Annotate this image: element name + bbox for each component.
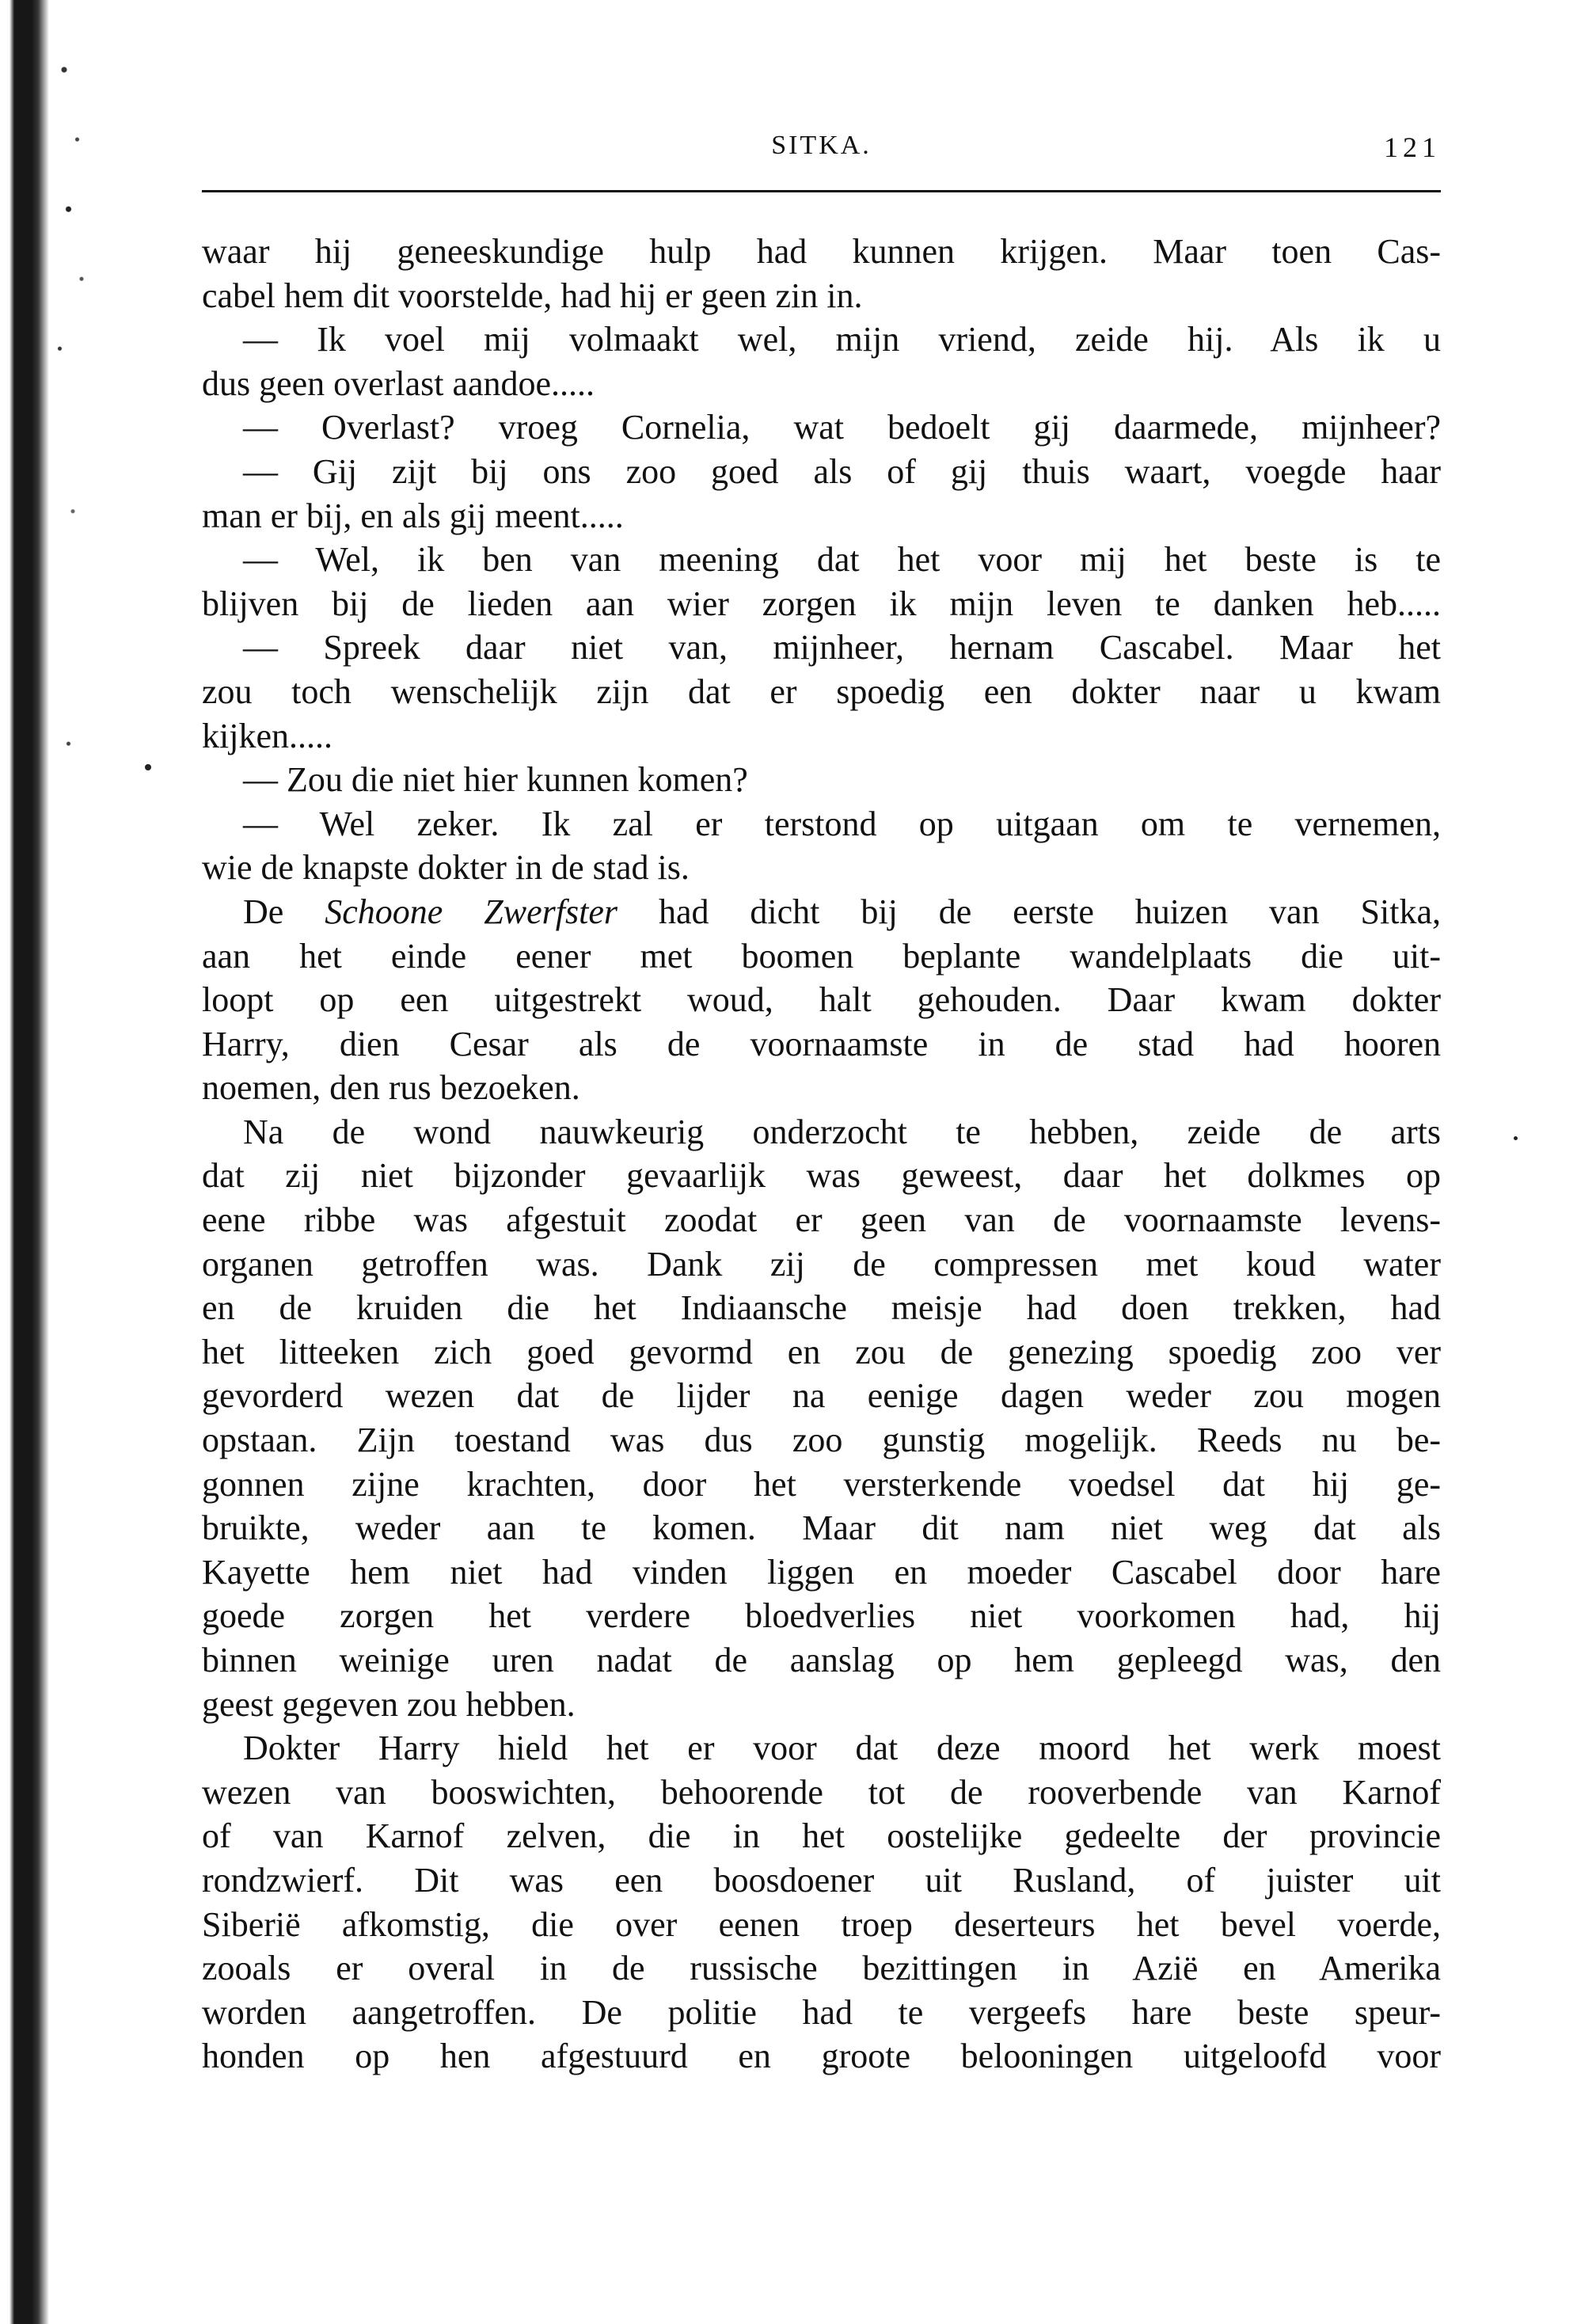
text-line: wezen van booswichten, behoorende tot de… [202, 1771, 1441, 1815]
text-line: cabel hem dit voorstelde, had hij er gee… [202, 274, 1441, 318]
text-line: het litteeken zich goed gevormd en zou d… [202, 1330, 1441, 1375]
text-line: goede zorgen het verdere bloedverlies ni… [202, 1594, 1441, 1638]
text-line: noemen, den rus bezoeken. [202, 1066, 1441, 1110]
text-line: gevorderd wezen dat de lijder na eenige … [202, 1374, 1441, 1418]
text-line: en de kruiden die het Indiaansche meisje… [202, 1286, 1441, 1330]
text-line: Siberië afkomstig, die over eenen troep … [202, 1903, 1441, 1947]
body-text: waar hij geneeskundige hulp had kunnen k… [202, 230, 1441, 2079]
header-rule [202, 190, 1441, 192]
text-line: — Spreek daar niet van, mijnheer, hernam… [202, 626, 1441, 670]
text-line: — Ik voel mij volmaakt wel, mijn vriend,… [202, 318, 1441, 362]
text-line: Na de wond nauwkeurig onderzocht te hebb… [202, 1110, 1441, 1154]
margin-mark [1514, 1136, 1518, 1140]
text-line: dus geen overlast aandoe..... [202, 362, 1441, 406]
running-title: SITKA. [202, 131, 1441, 161]
text-line: kijken..... [202, 714, 1441, 759]
margin-mark [145, 764, 151, 770]
text-line: Dokter Harry hield het er voor dat deze … [202, 1726, 1441, 1771]
text-line: wie de knapste dokter in de stad is. [202, 846, 1441, 890]
text-line: opstaan. Zijn toestand was dus zoo gunst… [202, 1418, 1441, 1462]
text-line: zou toch wenschelijk zijn dat er spoedig… [202, 670, 1441, 714]
text-line: blijven bij de lieden aan wier zorgen ik… [202, 582, 1441, 626]
text-line: rondzwierf. Dit was een boosdoener uit R… [202, 1858, 1441, 1903]
text-line: honden op hen afgestuurd en groote beloo… [202, 2034, 1441, 2079]
page-header: SITKA. 121 [202, 131, 1441, 170]
text-line: organen getroffen was. Dank zij de compr… [202, 1242, 1441, 1287]
text-line: — Wel zeker. Ik zal er terstond op uitga… [202, 802, 1441, 846]
text-line: geest gegeven zou hebben. [202, 1683, 1441, 1727]
ship-name-italic: Schoone Zwerfster [325, 892, 617, 931]
text-line: — Wel, ik ben van meening dat het voor m… [202, 538, 1441, 582]
text-line: — Overlast? vroeg Cornelia, wat bedoelt … [202, 405, 1441, 450]
text-line: — Zou die niet hier kunnen komen? [202, 758, 1441, 802]
text-line: — Gij zijt bij ons zoo goed als of gij t… [202, 450, 1441, 494]
text-line: dat zij niet bijzonder gevaarlijk was ge… [202, 1154, 1441, 1198]
book-binding-edge [0, 0, 55, 2324]
text-line: gonnen zijne krachten, door het versterk… [202, 1462, 1441, 1507]
text-line: zooals er overal in de russische bezitti… [202, 1946, 1441, 1991]
text-segment: De [243, 892, 325, 931]
text-line: binnen weinige uren nadat de aanslag op … [202, 1638, 1441, 1683]
text-line: bruikte, weder aan te komen. Maar dit na… [202, 1506, 1441, 1550]
text-line: worden aangetroffen. De politie had te v… [202, 1991, 1441, 2035]
text-segment: had dicht bij de eerste huizen van Sitka… [617, 892, 1441, 931]
text-line: of van Karnof zelven, die in het oosteli… [202, 1814, 1441, 1858]
text-line: aan het einde eener met boomen beplante … [202, 934, 1441, 979]
text-line: loopt op een uitgestrekt woud, halt geho… [202, 978, 1441, 1022]
text-line: man er bij, en als gij meent..... [202, 494, 1441, 538]
binding-speckle [55, 0, 99, 2324]
text-line: Kayette hem niet had vinden liggen en mo… [202, 1550, 1441, 1595]
text-line: waar hij geneeskundige hulp had kunnen k… [202, 230, 1441, 274]
text-line: De Schoone Zwerfster had dicht bij de ee… [202, 890, 1441, 934]
text-line: Harry, dien Cesar als de voornaamste in … [202, 1022, 1441, 1067]
text-line: eene ribbe was afgestuit zoodat er geen … [202, 1198, 1441, 1242]
page-number: 121 [1384, 131, 1441, 164]
